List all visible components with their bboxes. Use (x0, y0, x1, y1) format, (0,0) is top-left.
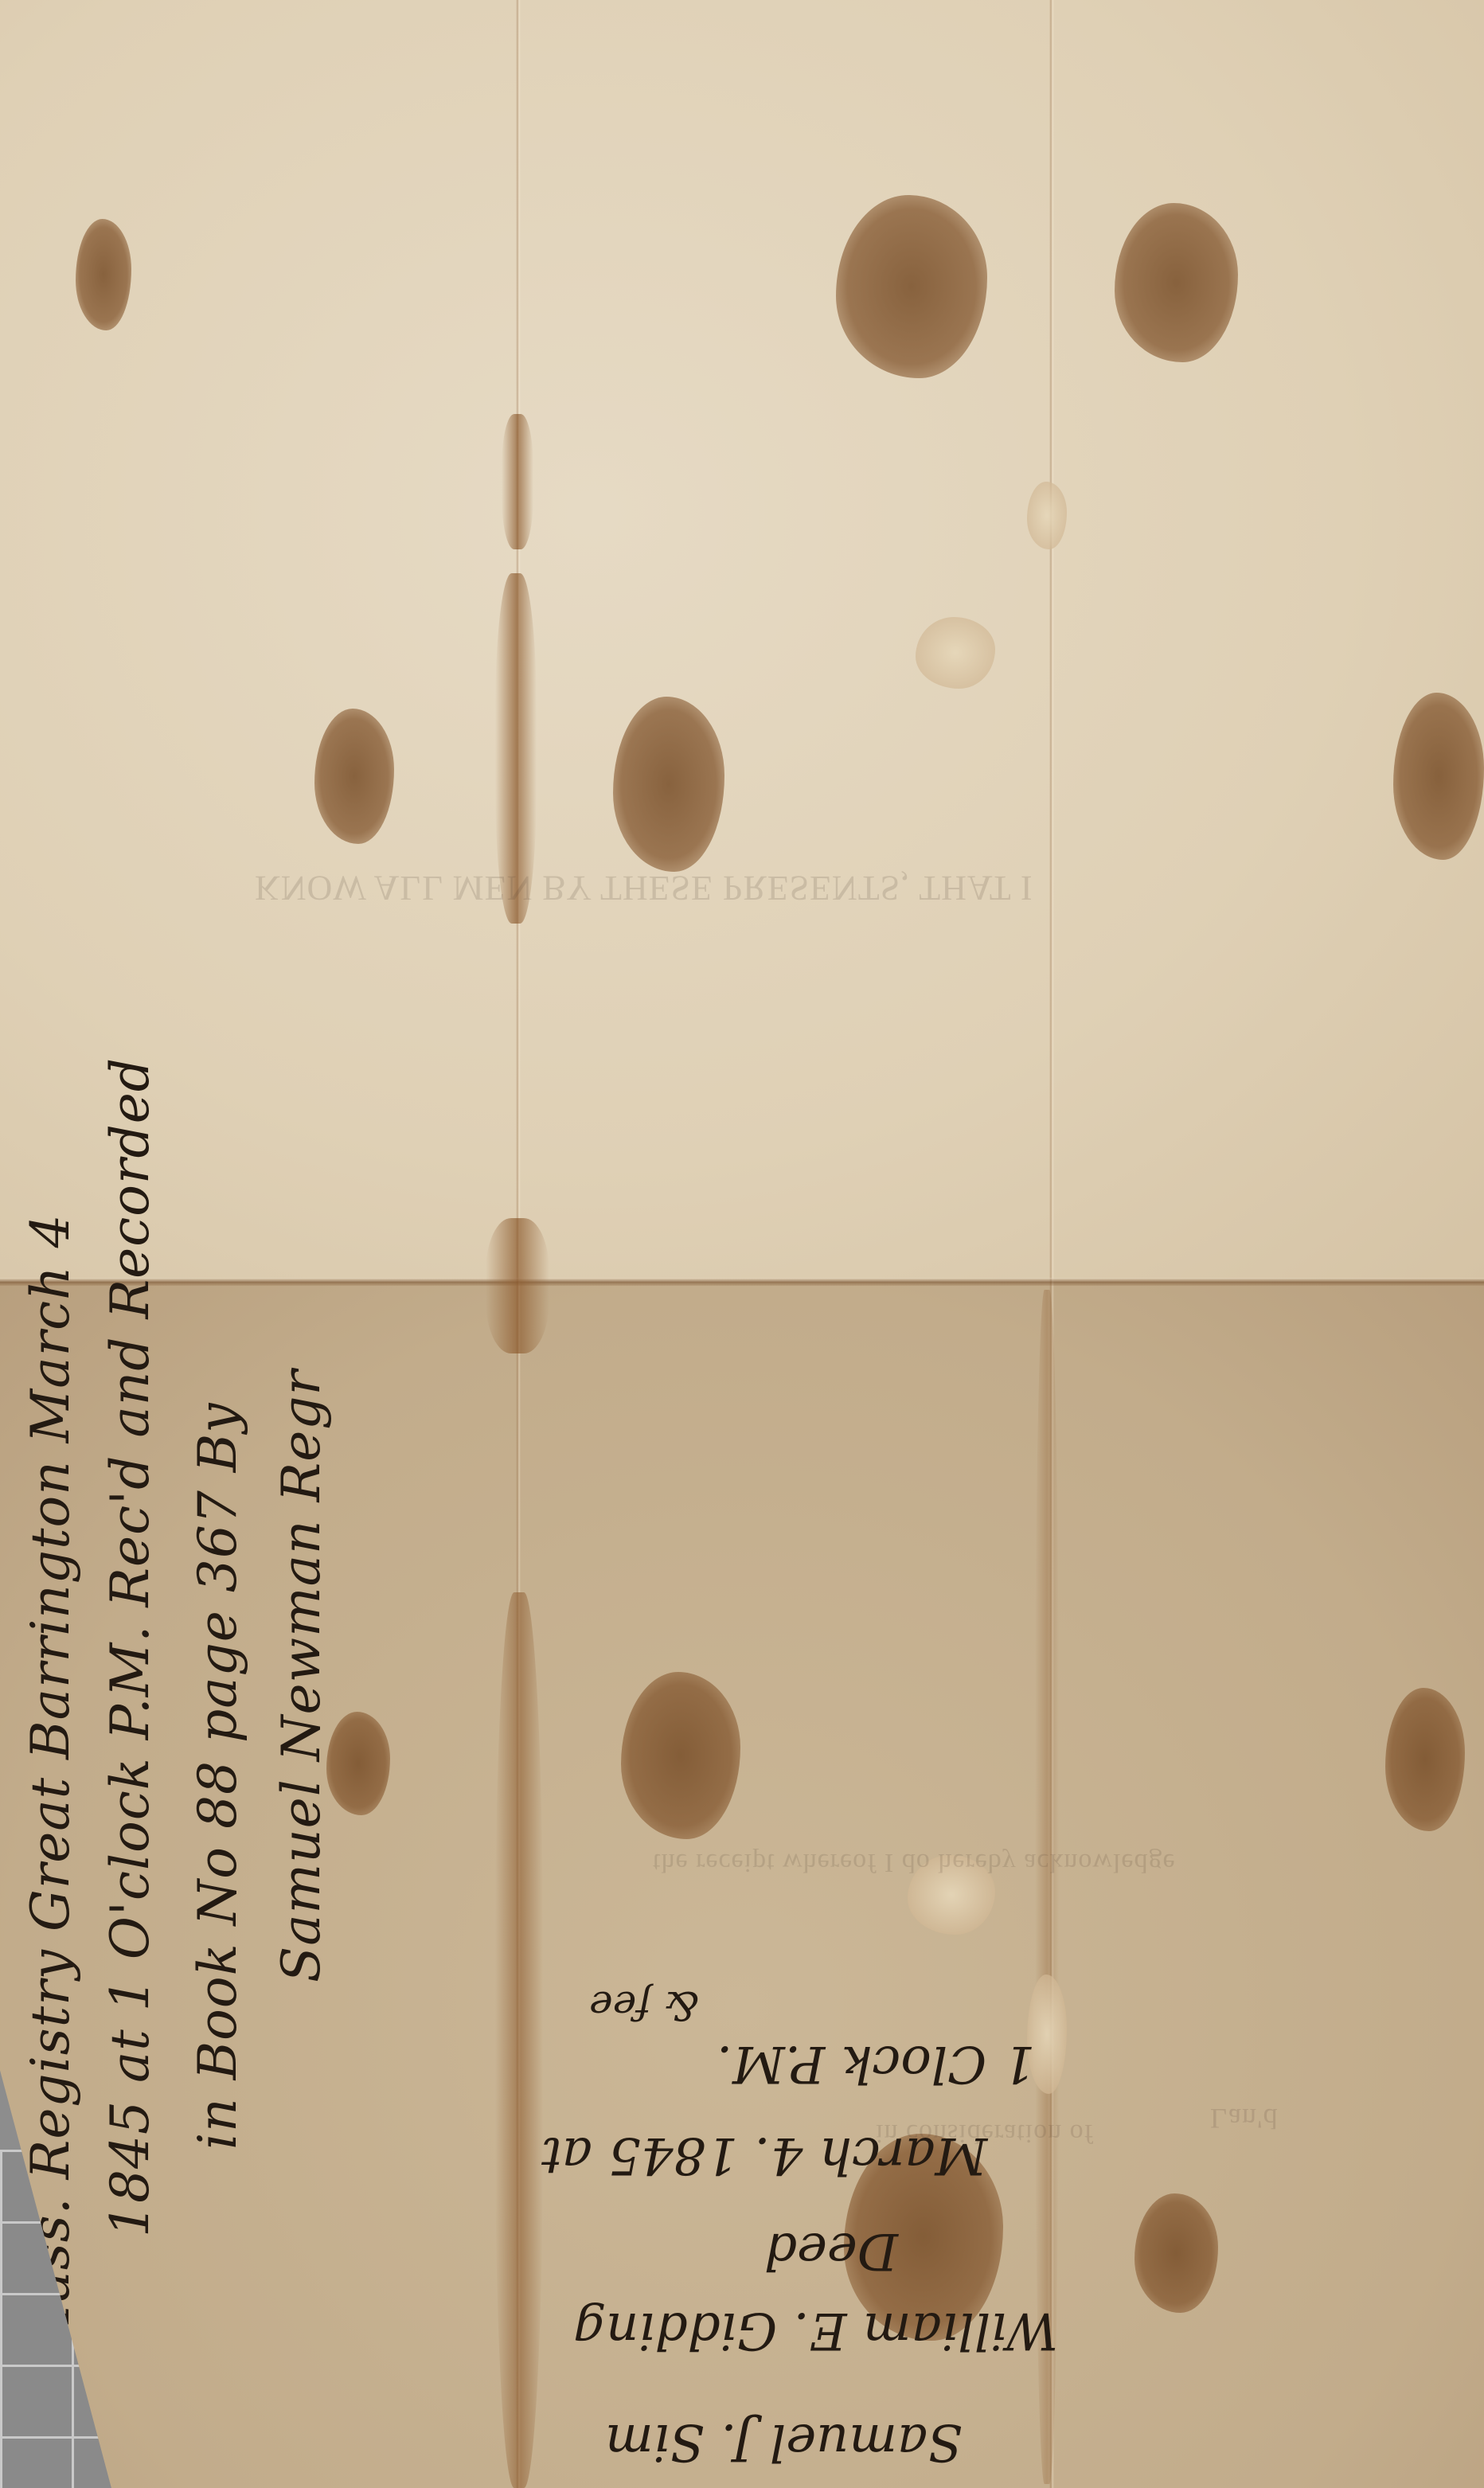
endorsement-line: Samuel Newman Regr (271, 1369, 332, 1982)
docket-line: Samuel J. Sim (605, 2412, 963, 2471)
fold-stain (502, 414, 533, 549)
docket-line: March 4. 1845 at (541, 2126, 987, 2185)
foxing-stain (1393, 693, 1484, 860)
pale-stain (916, 617, 995, 689)
docket-line: Deed (764, 2221, 898, 2280)
foxing-stain (836, 195, 987, 378)
foxing-stain (621, 1672, 740, 1839)
horizontal-fold (0, 1278, 1484, 1286)
endorsement-line: 1845 at 1 O'clock P.M. Rec'd and Recorde… (100, 1057, 161, 2237)
foxing-stain (613, 697, 724, 872)
bleed-through-text: Lan'd (1210, 2102, 1278, 2135)
document-paper: KNOW ALL MEN BY THESE PRESENTS, THAT I L… (0, 0, 1484, 2488)
foxing-stain (314, 709, 394, 844)
bleed-through-text: the receipt whereof I do hereby acknowle… (653, 1847, 1176, 1877)
foxing-stain (76, 219, 131, 330)
foxing-stain (1115, 203, 1238, 362)
docket-line: 1 Clock P.M. (717, 2034, 1035, 2093)
foxing-stain (1134, 2193, 1218, 2313)
upper-panel (0, 0, 1484, 1282)
docket-line: & fee (589, 1982, 699, 2029)
pale-stain (1027, 482, 1067, 549)
fold-stain (486, 1218, 549, 1353)
bleed-through-text: KNOW ALL MEN BY THESE PRESENTS, THAT I (255, 868, 1033, 908)
foxing-stain (1385, 1688, 1465, 1831)
fold-stain (495, 1592, 543, 2488)
docket-line: William E. Gidding (573, 2301, 1058, 2360)
foxing-stain (326, 1712, 390, 1815)
endorsement-line: in Book No 88 page 367 By (187, 1402, 248, 2150)
